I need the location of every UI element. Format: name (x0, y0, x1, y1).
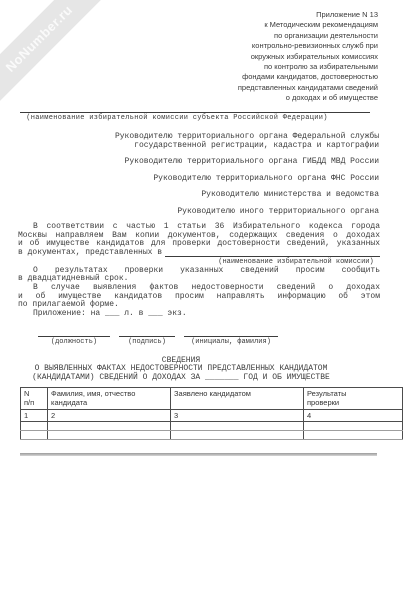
addressee-fns: Руководителю территориального органа ФНС… (115, 175, 379, 184)
appendix-header-line: по контролю за избирательными (238, 62, 378, 72)
table-header-cell: Фамилия, имя, отчество кандидата (48, 388, 171, 410)
signature-slot-sign: (подпись) (119, 336, 175, 346)
addressees-block: Руководителю территориального органа Фед… (115, 133, 379, 224)
watermark-band: NoNumber.ru (0, 0, 129, 129)
body-blank-line: в документах, представленных в (18, 249, 380, 258)
appendix-header-line: к Методическим рекомендациям (238, 20, 378, 30)
form-title: СВЕДЕНИЯ О ВЫЯВЛЕННЫХ ФАКТАХ НЕДОСТОВЕРН… (0, 357, 362, 382)
form-title-line: (КАНДИДАТАМИ) СВЕДЕНИЙ О ДОХОДАХ ЗА ____… (0, 374, 362, 382)
table-row (21, 431, 403, 440)
commission-name-caption: (наименование избирательной комиссии суб… (20, 113, 370, 122)
table-cell: 2 (48, 410, 171, 422)
appendix-header-line: фондами кандидатов, достоверностью (238, 72, 378, 82)
table-cell (48, 422, 171, 431)
appendix-header-line: по организации деятельности (238, 31, 378, 41)
appendix-header-line: представленных кандидатами сведений (238, 83, 378, 93)
appendix-header-line: контрольно-ревизионных служб при (238, 41, 378, 51)
table-cell (171, 422, 304, 431)
table-header-row: N п/п Фамилия, имя, отчество кандидата З… (21, 388, 403, 410)
signature-slot-position: (должность) (38, 336, 110, 346)
page-separator (20, 453, 377, 456)
table-cell: 4 (304, 410, 403, 422)
blank-field-underline (165, 248, 380, 257)
table-number-row: 1 2 3 4 (21, 410, 403, 422)
table-cell (48, 431, 171, 440)
table-cell: 3 (171, 410, 304, 422)
table-header-cell: N п/п (21, 388, 48, 410)
attachment-line: Приложение: на ___ л. в ___ экз. (18, 310, 380, 319)
commission-name-line: (наименование избирательной комиссии суб… (20, 112, 370, 122)
signature-block: (должность) (подпись) (инициалы, фамилия… (38, 336, 278, 346)
appendix-header: Приложение N 13 к Методическим рекоменда… (238, 10, 378, 104)
table-cell (304, 422, 403, 431)
table-cell: 1 (21, 410, 48, 422)
addressee-line: государственной регистрации, кадастра и … (115, 142, 379, 151)
table-cell (21, 431, 48, 440)
signature-slot-name: (инициалы, фамилия) (184, 336, 278, 346)
appendix-header-line: окружных избирательных комиссиях (238, 52, 378, 62)
appendix-header-line: Приложение N 13 (238, 10, 378, 20)
letter-body: В соответствии с частью 1 статьи 36 Изби… (18, 223, 380, 319)
table-row (21, 422, 403, 431)
watermark-text: NoNumber.ru (3, 2, 76, 75)
addressee-gibdd: Руководителю территориального органа ГИБ… (115, 158, 379, 167)
table-header-cell: Результаты проверки (304, 388, 403, 410)
addressee-other: Руководителю иного территориального орга… (115, 208, 379, 217)
table-cell (171, 431, 304, 440)
body-line: в документах, представленных в (18, 249, 162, 258)
document-page: NoNumber.ru Приложение N 13 к Методическ… (0, 0, 420, 600)
table-header-cell: Заявлено кандидатом (171, 388, 304, 410)
appendix-header-line: о доходах и об имуществе (238, 93, 378, 103)
table-cell (304, 431, 403, 440)
addressee-ministry: Руководителю министерства и ведомства (115, 191, 379, 200)
candidates-table: N п/п Фамилия, имя, отчество кандидата З… (20, 387, 403, 440)
table-cell (21, 422, 48, 431)
addressee-registration: Руководителю территориального органа Фед… (115, 133, 379, 150)
